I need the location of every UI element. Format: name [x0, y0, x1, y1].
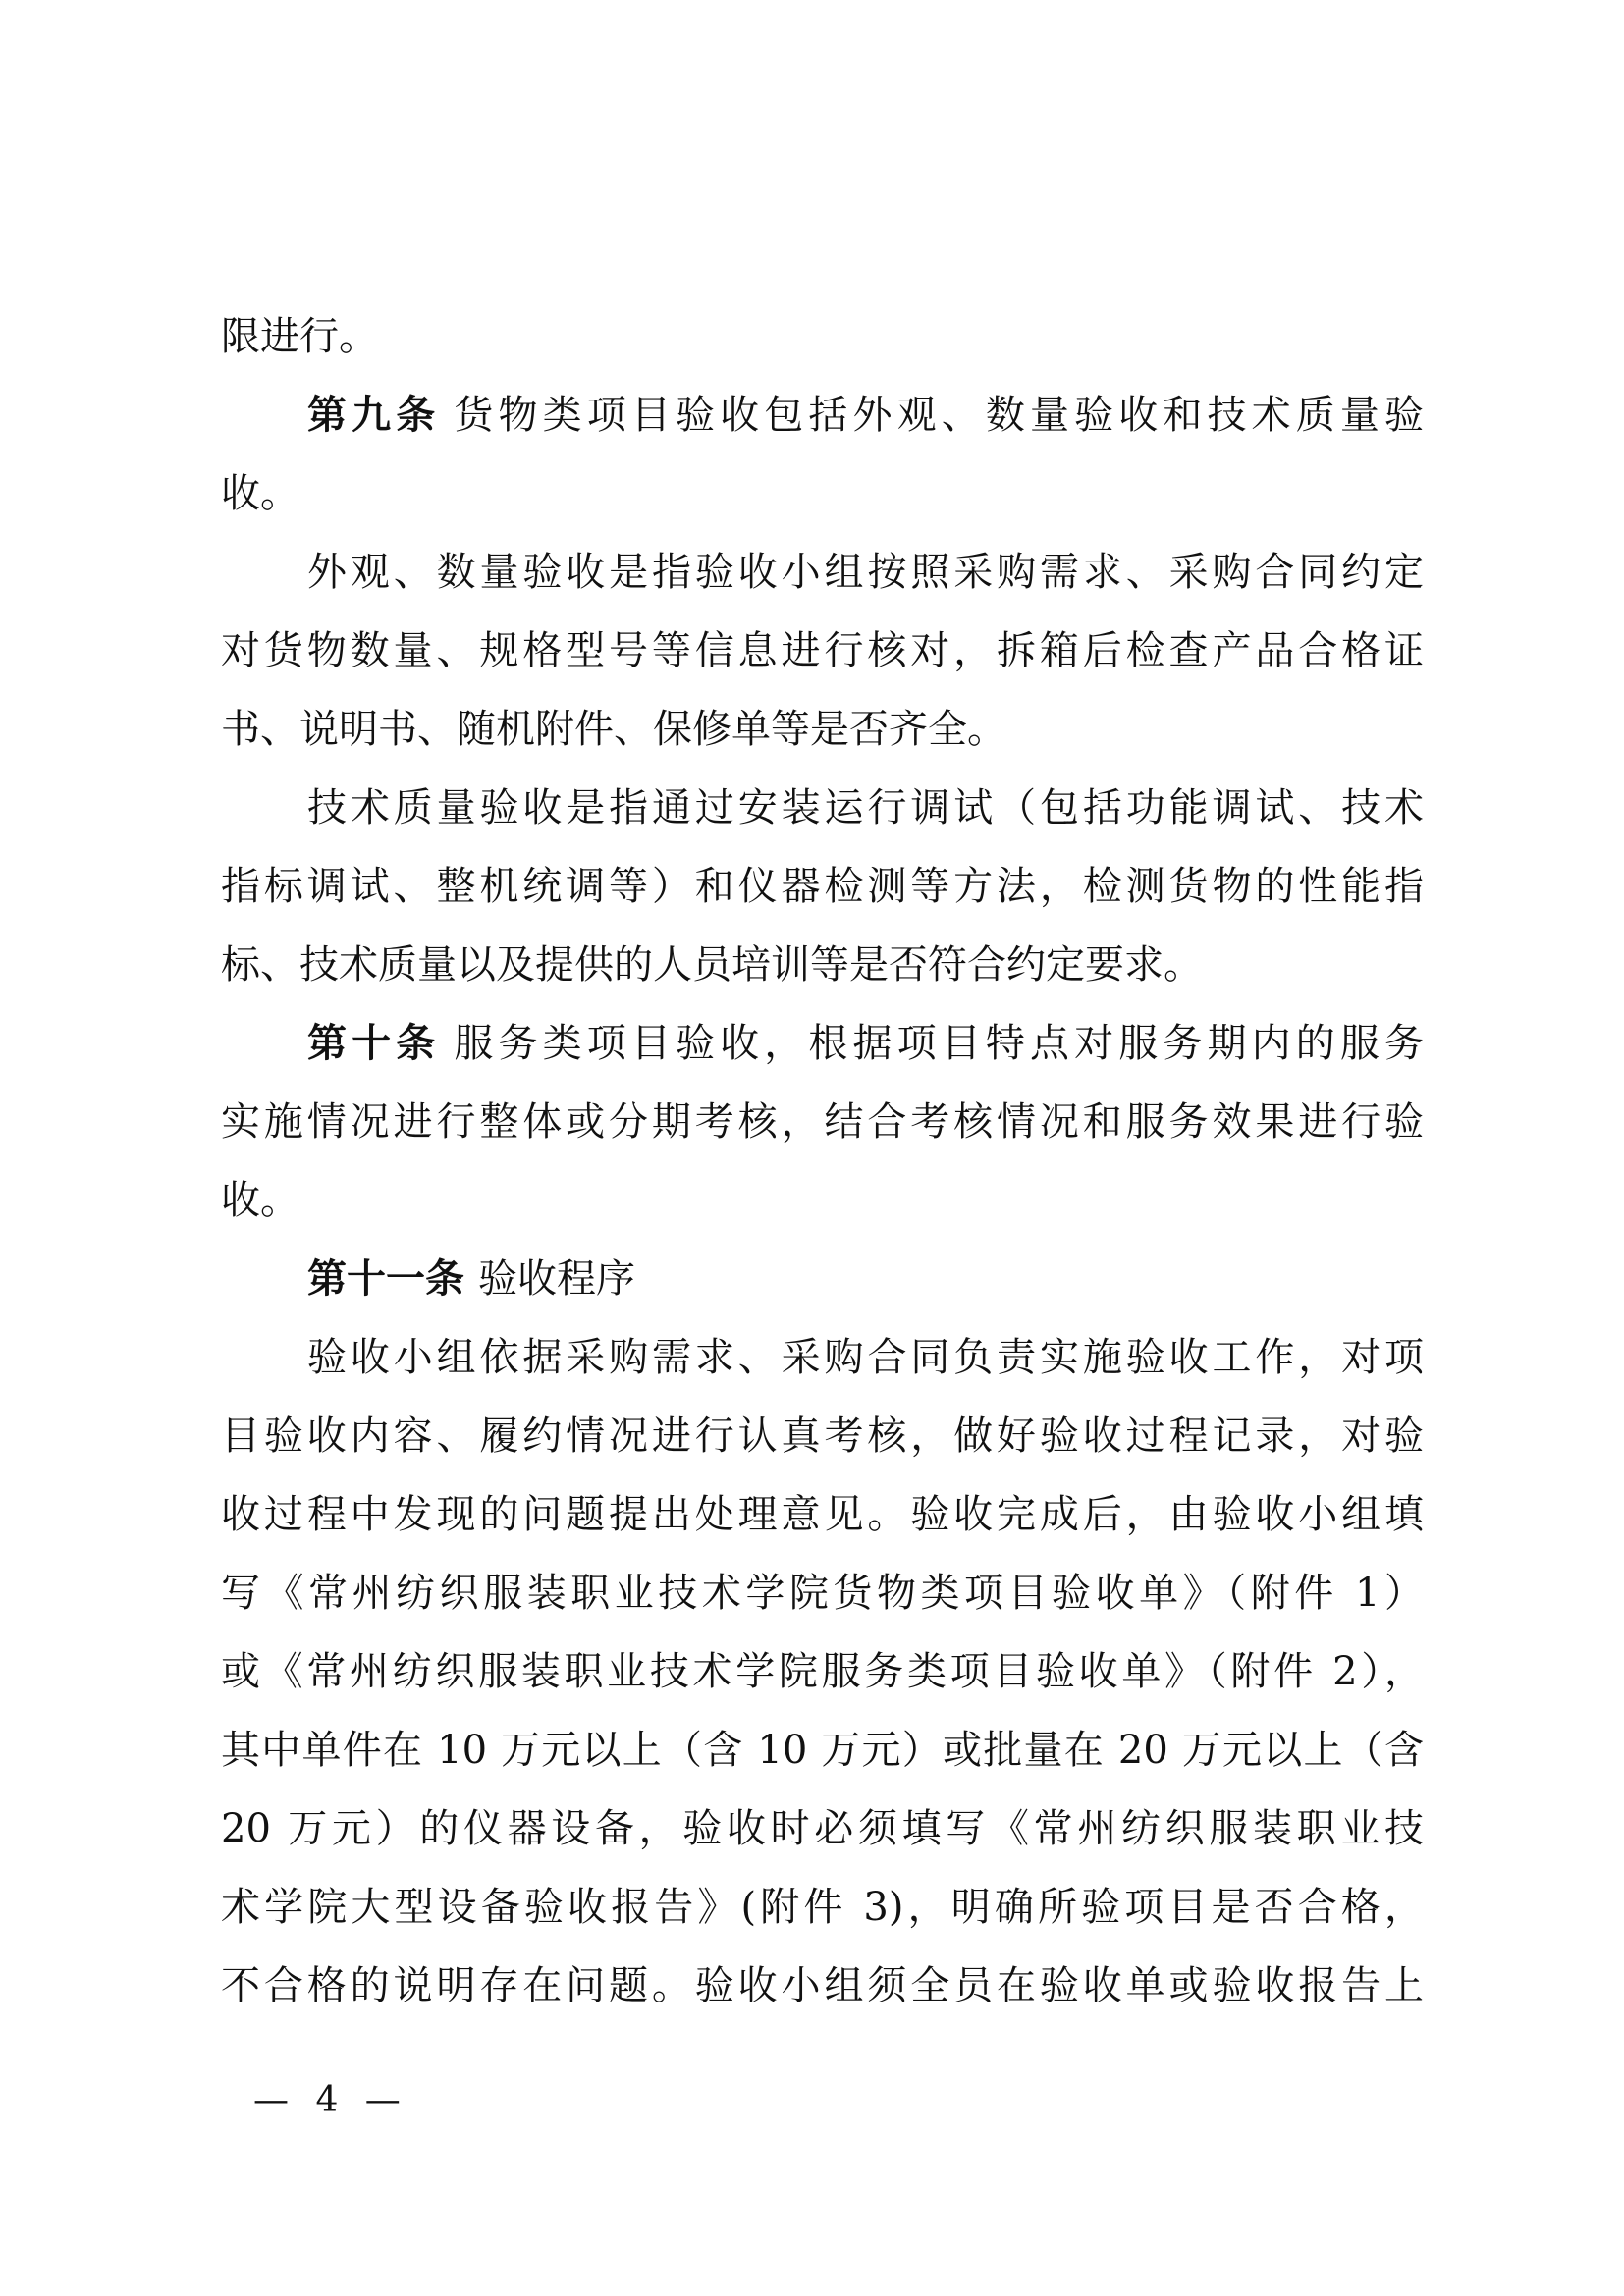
text-line: 或《常州纺织服装职业技术学院服务类项目验收单》（附件 2），	[221, 1632, 1424, 1711]
line-text: 写《常州纺织服装职业技术学院货物类项目验收单》（附件 1）	[221, 1571, 1424, 1616]
line-text: 收。	[221, 471, 299, 516]
text-line: 术学院大型设备验收报告》(附件 3)，明确所验项目是否合格，	[221, 1868, 1424, 1947]
line-text: 或《常州纺织服装职业技术学院服务类项目验收单》（附件 2），	[221, 1649, 1424, 1694]
article-number: 第十一条	[307, 1255, 464, 1302]
text-line: 指标调试、整机统调等）和仪器检测等方法，检测货物的性能指	[221, 847, 1424, 926]
article-number: 第九条	[307, 392, 440, 438]
article-heading-line: 第十一条验收程序	[307, 1240, 1424, 1318]
line-text: 限进行。	[221, 314, 378, 359]
line-text: 货物类项目验收包括外观、数量验收和技术质量验	[454, 393, 1424, 438]
text-line: 20 万元）的仪器设备，验收时必须填写《常州纺织服装职业技	[221, 1789, 1424, 1868]
article-heading-line: 第九条货物类项目验收包括外观、数量验收和技术质量验	[307, 376, 1424, 454]
article-number: 第十条	[307, 1020, 440, 1066]
page-number: — 4 —	[253, 2076, 408, 2125]
text-line: 限进行。	[221, 297, 1424, 376]
text-line: 收。	[221, 454, 1424, 533]
text-line: 收。	[221, 1161, 1424, 1240]
line-text: 目验收内容、履约情况进行认真考核，做好验收过程记录，对验	[221, 1414, 1424, 1459]
line-text: 不合格的说明存在问题。验收小组须全员在验收单或验收报告上	[221, 1963, 1424, 2008]
text-line: 实施情况进行整体或分期考核，结合考核情况和服务效果进行验	[221, 1083, 1424, 1161]
line-text: 指标调试、整机统调等）和仪器检测等方法，检测货物的性能指	[221, 864, 1424, 909]
line-text: 20 万元）的仪器设备，验收时必须填写《常州纺织服装职业技	[221, 1806, 1424, 1851]
text-line: 目验收内容、履约情况进行认真考核，做好验收过程记录，对验	[221, 1397, 1424, 1475]
line-text: 其中单件在 10 万元以上（含 10 万元）或批量在 20 万元以上（含	[221, 1728, 1424, 1773]
line-text: 收过程中发现的问题提出处理意见。验收完成后，由验收小组填	[221, 1492, 1424, 1537]
line-text: 对货物数量、规格型号等信息进行核对，拆箱后检查产品合格证	[221, 628, 1424, 673]
line-text: 外观、数量验收是指验收小组按照采购需求、采购合同约定	[307, 550, 1424, 595]
text-line: 不合格的说明存在问题。验收小组须全员在验收单或验收报告上	[221, 1947, 1424, 2025]
document-page: 限进行。第九条货物类项目验收包括外观、数量验收和技术质量验收。外观、数量验收是指…	[0, 0, 1624, 2296]
line-text: 验收程序	[478, 1256, 635, 1302]
text-line: 标、技术质量以及提供的人员培训等是否符合约定要求。	[221, 926, 1424, 1004]
line-text: 术学院大型设备验收报告》(附件 3)，明确所验项目是否合格，	[221, 1885, 1424, 1930]
line-text: 验收小组依据采购需求、采购合同负责实施验收工作，对项	[307, 1335, 1424, 1380]
line-text: 标、技术质量以及提供的人员培训等是否符合约定要求。	[221, 942, 1203, 988]
text-line: 外观、数量验收是指验收小组按照采购需求、采购合同约定	[307, 533, 1424, 612]
text-line: 收过程中发现的问题提出处理意见。验收完成后，由验收小组填	[221, 1475, 1424, 1554]
line-text: 书、说明书、随机附件、保修单等是否齐全。	[221, 707, 1006, 752]
text-line: 技术质量验收是指通过安装运行调试（包括功能调试、技术	[307, 769, 1424, 847]
text-line: 写《常州纺织服装职业技术学院货物类项目验收单》（附件 1）	[221, 1554, 1424, 1632]
text-line: 其中单件在 10 万元以上（含 10 万元）或批量在 20 万元以上（含	[221, 1711, 1424, 1789]
text-line: 书、说明书、随机附件、保修单等是否齐全。	[221, 690, 1424, 769]
line-text: 实施情况进行整体或分期考核，结合考核情况和服务效果进行验	[221, 1099, 1424, 1145]
text-line: 验收小组依据采购需求、采购合同负责实施验收工作，对项	[307, 1318, 1424, 1397]
article-heading-line: 第十条服务类项目验收，根据项目特点对服务期内的服务	[307, 1004, 1424, 1083]
text-line: 对货物数量、规格型号等信息进行核对，拆箱后检查产品合格证	[221, 612, 1424, 690]
line-text: 技术质量验收是指通过安装运行调试（包括功能调试、技术	[307, 785, 1424, 830]
line-text: 收。	[221, 1178, 299, 1223]
line-text: 服务类项目验收，根据项目特点对服务期内的服务	[454, 1021, 1424, 1066]
